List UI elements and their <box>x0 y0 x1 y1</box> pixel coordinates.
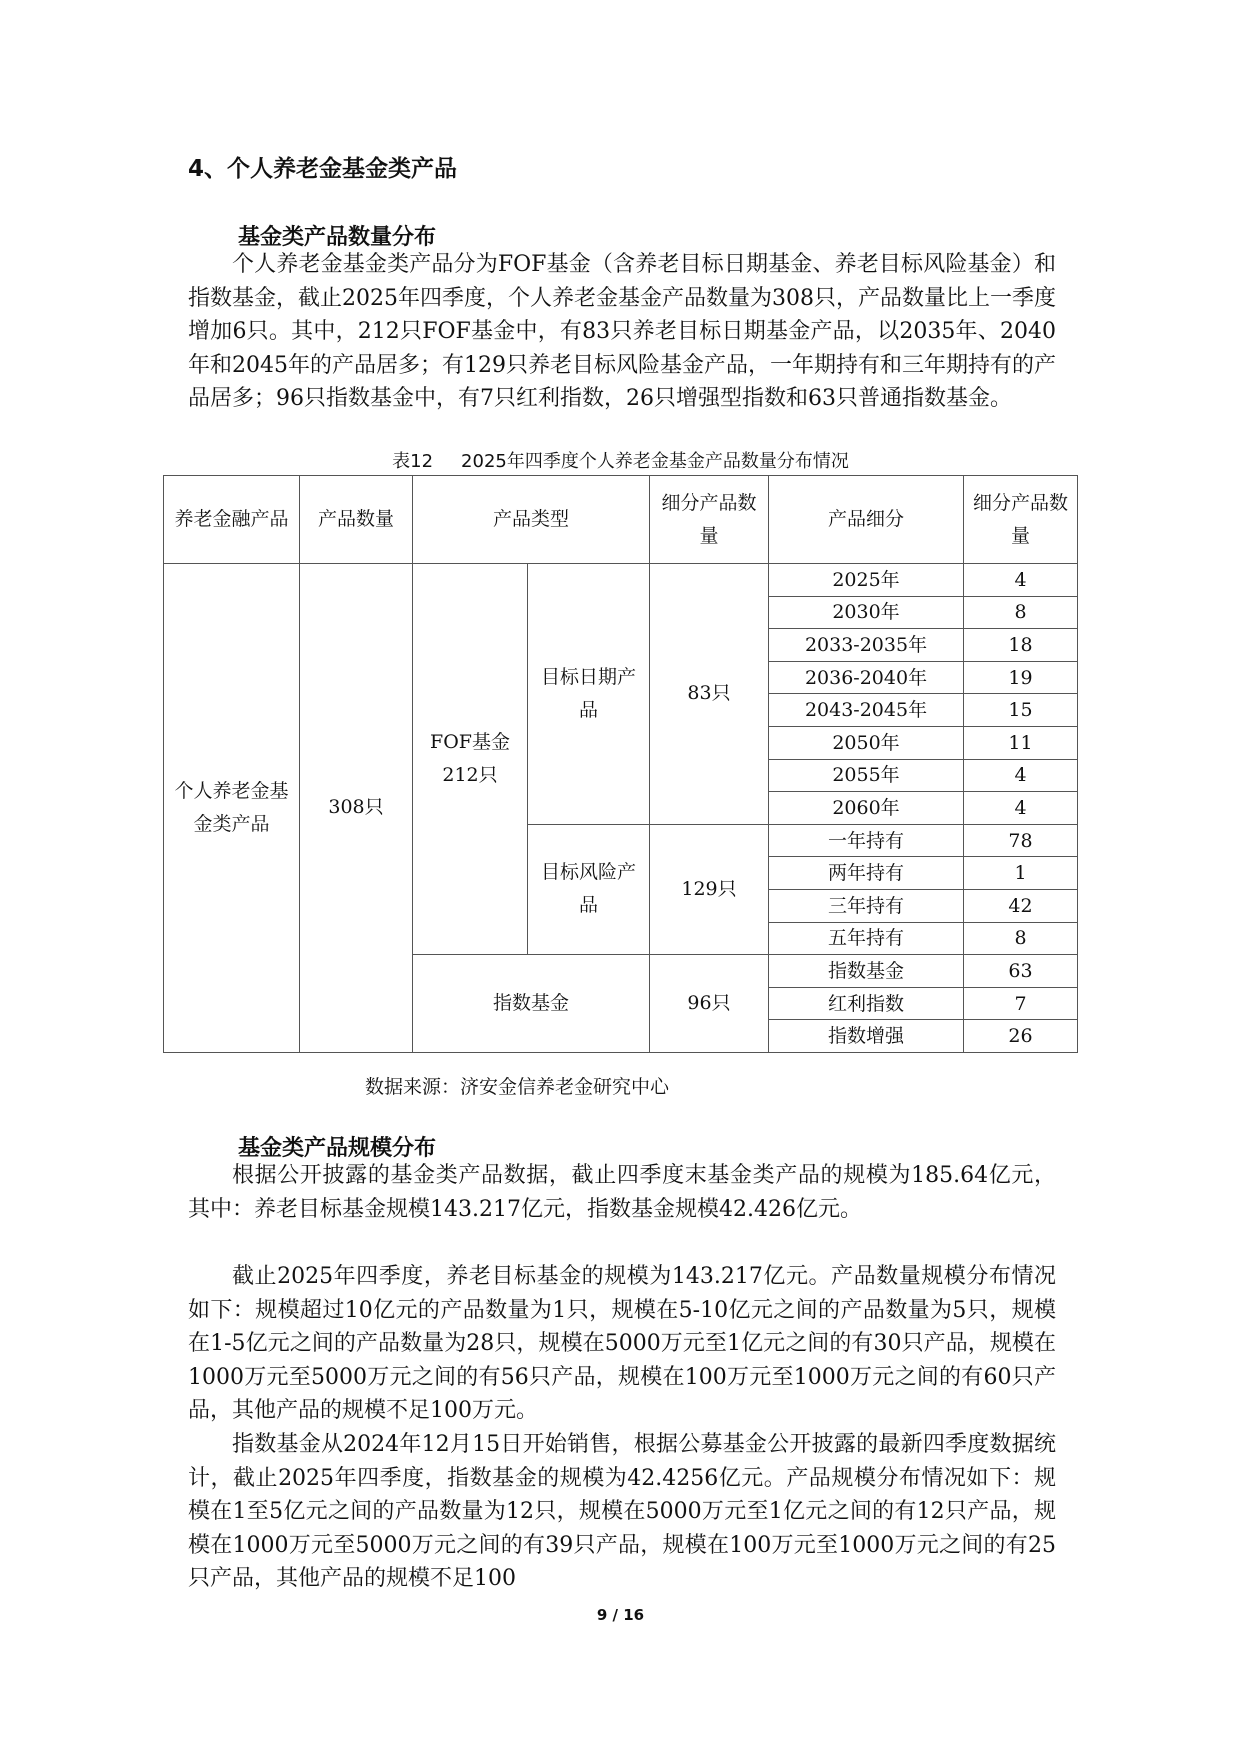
sub-name: 2033-2035年 <box>769 629 964 662</box>
sub-count: 8 <box>964 922 1078 955</box>
header-product-count: 产品数量 <box>300 476 413 564</box>
sub-name: 2030年 <box>769 596 964 629</box>
sub-count: 4 <box>964 792 1078 825</box>
sub-count: 42 <box>964 889 1078 922</box>
sub-name: 指数基金 <box>769 955 964 988</box>
header-sub-product: 产品细分 <box>769 476 964 564</box>
paragraph-index-fund-scale: 指数基金从2024年12月15日开始销售，根据公募基金公开披露的最新四季度数据统… <box>188 1428 1056 1596</box>
document-page: 4、个人养老金基金类产品 基金类产品数量分布 个人养老金基金类产品分为FOF基金… <box>0 0 1241 1755</box>
sub-name: 2050年 <box>769 726 964 759</box>
fof-count: 212只 <box>417 759 523 792</box>
cell-index-count: 96只 <box>650 955 769 1053</box>
sub-name: 五年持有 <box>769 922 964 955</box>
sub-name: 2025年 <box>769 564 964 597</box>
cell-target-date-count: 83只 <box>650 564 769 825</box>
sub-name: 指数增强 <box>769 1020 964 1053</box>
sub-name: 2036-2040年 <box>769 661 964 694</box>
sub-count: 78 <box>964 824 1078 857</box>
sub-count: 4 <box>964 759 1078 792</box>
header-sub-product-count: 细分产品数量 <box>964 476 1078 564</box>
sub-count: 7 <box>964 987 1078 1020</box>
cell-target-date: 目标日期产品 <box>528 564 650 825</box>
sub-name: 2055年 <box>769 759 964 792</box>
fof-label: FOF基金 <box>417 726 523 759</box>
table-caption: 表122025年四季度个人养老金基金产品数量分布情况 <box>0 447 1241 473</box>
paragraph-count-summary: 个人养老金基金类产品分为FOF基金（含养老目标日期基金、养老目标风险基金）和指数… <box>188 248 1056 416</box>
sub-name: 一年持有 <box>769 824 964 857</box>
cell-product-count: 308只 <box>300 564 413 1053</box>
paragraph-scale-summary: 根据公开披露的基金类产品数据，截止四季度末基金类产品的规模为185.64亿元，其… <box>188 1159 1056 1226</box>
sub-count: 8 <box>964 596 1078 629</box>
subsection-title-count: 基金类产品数量分布 <box>238 220 436 251</box>
subsection-title-scale: 基金类产品规模分布 <box>238 1131 436 1162</box>
sub-name: 红利指数 <box>769 987 964 1020</box>
sub-name: 2043-2045年 <box>769 694 964 727</box>
table-header-row: 养老金融产品 产品数量 产品类型 细分产品数量 产品细分 细分产品数量 <box>164 476 1078 564</box>
sub-count: 26 <box>964 1020 1078 1053</box>
cell-index-fund: 指数基金 <box>413 955 650 1053</box>
cell-product: 个人养老金基金类产品 <box>164 564 300 1053</box>
section-title: 4、个人养老金基金类产品 <box>188 150 457 183</box>
table-source-note: 数据来源：济安金信养老金研究中心 <box>365 1072 669 1099</box>
cell-target-risk: 目标风险产品 <box>528 824 650 954</box>
header-product-type: 产品类型 <box>413 476 650 564</box>
sub-count: 1 <box>964 857 1078 890</box>
sub-count: 4 <box>964 564 1078 597</box>
sub-name: 三年持有 <box>769 889 964 922</box>
table-number: 表12 <box>392 451 433 472</box>
cell-fof: FOF基金 212只 <box>413 564 528 955</box>
table-row: 个人养老金基金类产品 308只 FOF基金 212只 目标日期产品 83只 20… <box>164 564 1078 597</box>
sub-count: 15 <box>964 694 1078 727</box>
cell-target-risk-count: 129只 <box>650 824 769 954</box>
sub-count: 18 <box>964 629 1078 662</box>
sub-name: 2060年 <box>769 792 964 825</box>
sub-count: 11 <box>964 726 1078 759</box>
header-pension-product: 养老金融产品 <box>164 476 300 564</box>
header-sub-count: 细分产品数量 <box>650 476 769 564</box>
paragraph-target-fund-scale: 截止2025年四季度，养老目标基金的规模为143.217亿元。产品数量规模分布情… <box>188 1260 1056 1428</box>
product-distribution-table: 养老金融产品 产品数量 产品类型 细分产品数量 产品细分 细分产品数量 个人养老… <box>163 475 1078 1053</box>
table-title: 2025年四季度个人养老金基金产品数量分布情况 <box>461 451 849 472</box>
sub-name: 两年持有 <box>769 857 964 890</box>
sub-count: 63 <box>964 955 1078 988</box>
sub-count: 19 <box>964 661 1078 694</box>
page-number: 9 / 16 <box>0 1606 1241 1624</box>
